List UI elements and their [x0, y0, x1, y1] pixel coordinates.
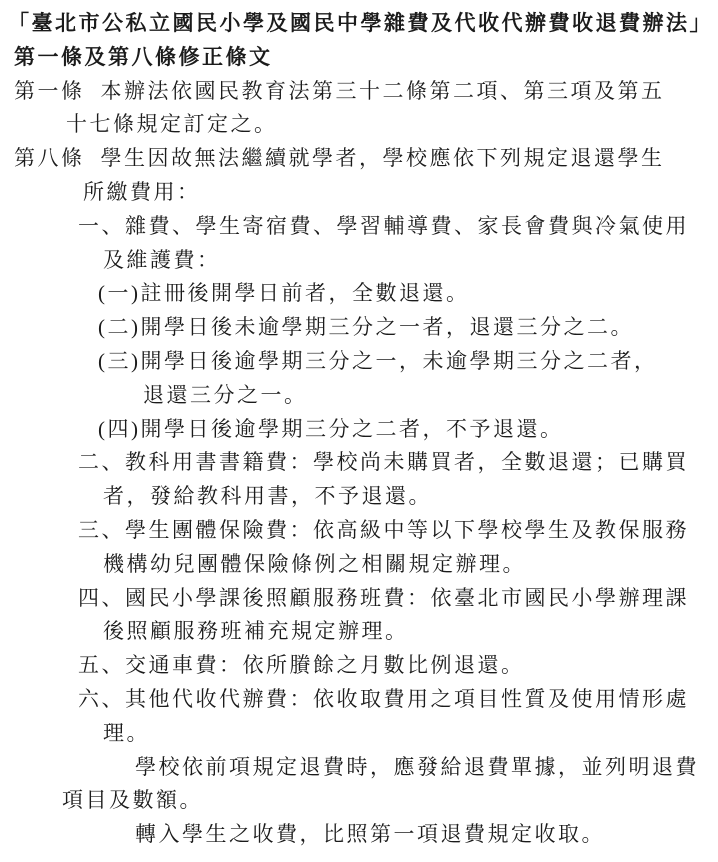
item-1-line: 一、雜費、學生寄宿費、學習輔導費、家長會費與冷氣使用: [0, 210, 718, 244]
article-8-label: 第八條: [14, 146, 85, 170]
article-8-wrap-line: 所繳費用：: [0, 176, 718, 210]
article-1-wrap-line: 十七條規定訂定之。: [0, 108, 718, 142]
item-2-wrap-line: 者，發給教科用書，不予退還。: [0, 480, 718, 514]
paragraph-2-wrap-line: 項目及數額。: [0, 784, 718, 818]
item-4-line: 四、國民小學課後照顧服務班費：依臺北市國民小學辦理課: [0, 582, 718, 616]
article-8-first-line: 第八條學生因故無法繼續就學者，學校應依下列規定退還學生: [0, 142, 718, 176]
item-3-line: 三、學生團體保險費：依高級中等以下學校學生及教保服務: [0, 514, 718, 548]
item-2-line: 二、教科用書書籍費：學校尚未購買者，全數退還；已購買: [0, 446, 718, 480]
article-8-text: 學生因故無法繼續就學者，學校應依下列規定退還學生: [101, 146, 665, 170]
item-6-wrap-line: 理。: [0, 717, 718, 751]
article-1-first-line: 第一條本辦法依國民教育法第三十二條第二項、第三項及第五: [0, 75, 718, 109]
document-page: 「臺北市公私立國民小學及國民中學雜費及代收代辦費收退費辦法」 第一條及第八條修正…: [0, 0, 718, 862]
subitem-3-wrap-line: 退還三分之一。: [0, 379, 718, 413]
article-1-label: 第一條: [14, 79, 85, 103]
paragraph-2-line: 學校依前項規定退費時，應發給退費單據，並列明退費: [0, 751, 718, 785]
document-title: 「臺北市公私立國民小學及國民中學雜費及代收代辦費收退費辦法」: [0, 7, 718, 41]
item-4-wrap-line: 後照顧服務班補充規定辦理。: [0, 615, 718, 649]
subitem-3-line: (三)開學日後逾學期三分之一，未逾學期三分之二者，: [0, 345, 718, 379]
paragraph-3-line: 轉入學生之收費，比照第一項退費規定收取。: [0, 818, 718, 852]
item-3-wrap-line: 機構幼兒團體保險條例之相關規定辦理。: [0, 548, 718, 582]
subitem-4-line: (四)開學日後逾學期三分之二者，不予退還。: [0, 413, 718, 447]
subitem-2-line: (二)開學日後未逾學期三分之一者，退還三分之二。: [0, 311, 718, 345]
item-5-line: 五、交通車費：依所賸餘之月數比例退還。: [0, 649, 718, 683]
item-1-wrap-line: 及維護費：: [0, 244, 718, 278]
document-subtitle: 第一條及第八條修正條文: [0, 41, 718, 75]
subitem-1-line: (一)註冊後開學日前者，全數退還。: [0, 277, 718, 311]
article-1-text: 本辦法依國民教育法第三十二條第二項、第三項及第五: [101, 79, 665, 103]
document-body: 「臺北市公私立國民小學及國民中學雜費及代收代辦費收退費辦法」 第一條及第八條修正…: [0, 0, 718, 852]
item-6-line: 六、其他代收代辦費：依收取費用之項目性質及使用情形處: [0, 683, 718, 717]
